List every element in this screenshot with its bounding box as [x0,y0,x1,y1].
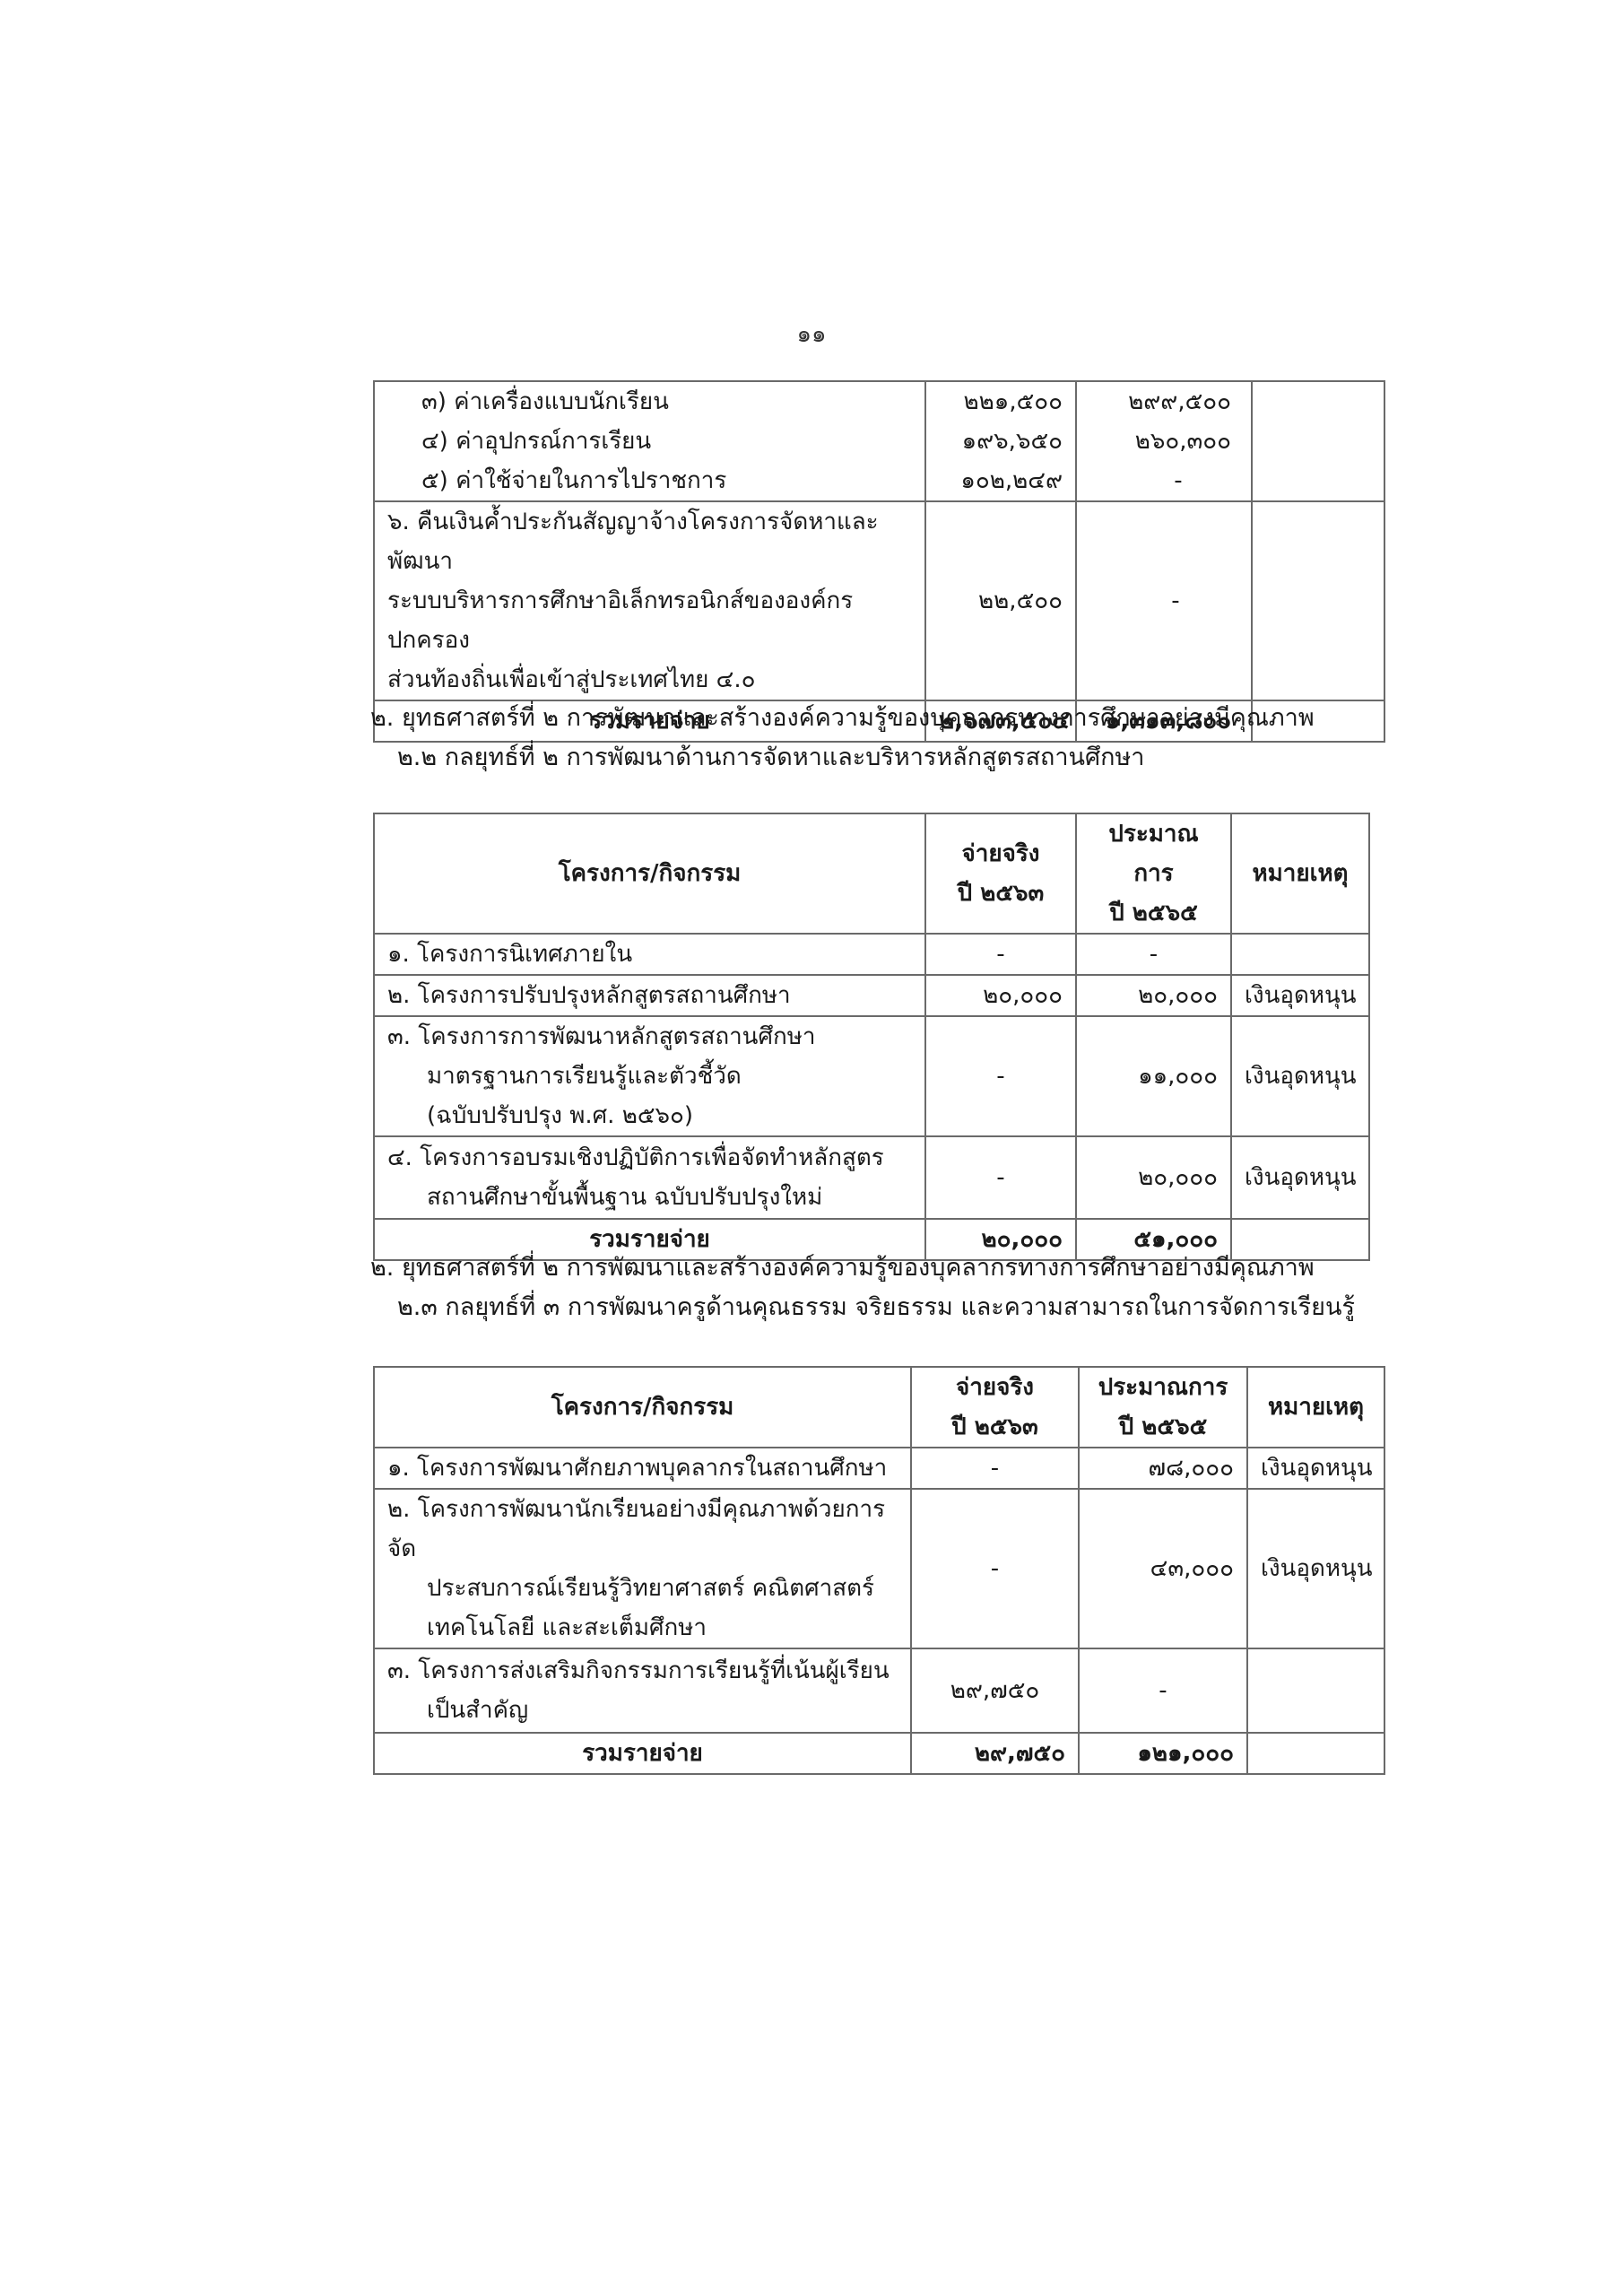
header-budget: ประมาณการ ปี ๒๕๖๕ [1079,1367,1247,1448]
item-label: ๑. โครงการพัฒนาศักยภาพบุคลากรในสถานศึกษา [387,1448,898,1488]
item-label-continued: มาตรฐานการเรียนรู้และตัวชี้วัด [387,1057,912,1096]
header-budget-line1: ประมาณการ [1089,814,1218,893]
total-label: รวมรายจ่าย [374,1733,911,1774]
item-label: ๓) ค่าเครื่องแบบนักเรียน [421,382,912,422]
budget-value: ๒๖๐,๓๐๐ [1089,422,1231,461]
header-actual-line2: ปี ๒๕๖๓ [924,1407,1065,1447]
note-cell [1252,501,1384,700]
actual-cell: - [925,1016,1076,1136]
header-budget-line2: ปี ๒๕๖๕ [1092,1407,1234,1447]
item-label: ๔) ค่าอุปกรณ์การเรียน [421,422,912,461]
actual-cell: ๒๒,๕๐๐ [925,501,1076,700]
actual-value: ๒๒๑,๕๐๐ [939,382,1063,422]
item-label-cell: ๖. คืนเงินค้ำประกันสัญญาจ้างโครงการจัดหา… [374,501,925,700]
table-row: ๒. โครงการปรับปรุงหลักสูตรสถานศึกษา ๒๐,๐… [374,975,1369,1016]
expense-table-continued: ๓) ค่าเครื่องแบบนักเรียน ๔) ค่าอุปกรณ์กา… [373,380,1385,743]
note-cell [1231,934,1369,975]
header-budget-line1: ประมาณการ [1092,1368,1234,1407]
item-label-cell: ๒. โครงการปรับปรุงหลักสูตรสถานศึกษา [374,975,925,1016]
item-label: ๖. คืนเงินค้ำประกันสัญญาจ้างโครงการจัดหา… [387,502,912,581]
item-label: ๓. โครงการการพัฒนาหลักสูตรสถานศึกษา [387,1017,912,1057]
table-row: ๓) ค่าเครื่องแบบนักเรียน ๔) ค่าอุปกรณ์กา… [374,381,1384,501]
header-project: โครงการ/กิจกรรม [374,1367,911,1448]
actual-cell: ๒๒๑,๕๐๐ ๑๙๖,๖๕๐ ๑๐๒,๒๔๙ [925,381,1076,501]
item-label: ๕) ค่าใช้จ่ายในการไปราชการ [421,461,912,500]
budget-value: - [1089,461,1231,500]
header-note: หมายเหตุ [1247,1367,1384,1448]
header-budget-line2: ปี ๒๕๖๕ [1089,893,1218,933]
note-cell: เงินอุดหนุน [1231,975,1369,1016]
item-label-continued: (ฉบับปรับปรุง พ.ศ. ๒๕๖๐) [387,1096,912,1135]
item-label: ๑. โครงการนิเทศภายใน [387,935,912,974]
header-actual-line1: จ่ายจริง [939,834,1063,874]
page-number: ๑๑ [0,316,1623,352]
table-row: ๓. โครงการการพัฒนาหลักสูตรสถานศึกษา มาตร… [374,1016,1369,1136]
actual-cell: - [911,1489,1079,1648]
actual-cell: - [925,1136,1076,1219]
table-header-row: โครงการ/กิจกรรม จ่ายจริง ปี ๒๕๖๓ ประมาณก… [374,813,1369,934]
item-label: ๒. โครงการพัฒนานักเรียนอย่างมีคุณภาพด้วย… [387,1490,898,1569]
total-note [1247,1733,1384,1774]
table-row: ๒. โครงการพัฒนานักเรียนอย่างมีคุณภาพด้วย… [374,1489,1384,1648]
budget-value: ๒๙๙,๕๐๐ [1089,382,1231,422]
note-cell: เงินอุดหนุน [1247,1448,1384,1489]
item-label-continued: เทคโนโลยี และสะเต็มศึกษา [387,1608,898,1648]
item-label-cell: ๑. โครงการพัฒนาศักยภาพบุคลากรในสถานศึกษา [374,1448,911,1489]
strategy-heading: ๒. ยุทธศาสตร์ที่ ๒ การพัฒนาและสร้างองค์ค… [370,706,1315,730]
item-label: ๔. โครงการอบรมเชิงปฏิบัติการเพื่อจัดทำหล… [387,1138,912,1178]
item-label-cell: ๓. โครงการการพัฒนาหลักสูตรสถานศึกษา มาตร… [374,1016,925,1136]
tactic-heading: ๒.๓ กลยุทธ์ที่ ๓ การพัฒนาครูด้านคุณธรรม … [397,1295,1355,1319]
header-actual-line2: ปี ๒๕๖๓ [939,874,1063,913]
budget-cell: ๒๙๙,๕๐๐ ๒๖๐,๓๐๐ - [1076,381,1252,501]
note-cell: เงินอุดหนุน [1231,1016,1369,1136]
actual-cell: - [911,1448,1079,1489]
tactic-heading: ๒.๒ กลยุทธ์ที่ ๒ การพัฒนาด้านการจัดหาและ… [397,745,1144,770]
header-actual-line1: จ่ายจริง [924,1368,1065,1407]
actual-cell: ๒๙,๗๕๐ [911,1648,1079,1733]
item-label-continued: เป็นสำคัญ [387,1691,898,1730]
table-row: ๔. โครงการอบรมเชิงปฏิบัติการเพื่อจัดทำหล… [374,1136,1369,1219]
budget-cell: ๔๓,๐๐๐ [1079,1489,1247,1648]
note-cell [1252,381,1384,501]
item-label-cell: ๓. โครงการส่งเสริมกิจกรรมการเรียนรู้ที่เ… [374,1648,911,1733]
table-row: ๓. โครงการส่งเสริมกิจกรรมการเรียนรู้ที่เ… [374,1648,1384,1733]
note-cell: เงินอุดหนุน [1231,1136,1369,1219]
header-note: หมายเหตุ [1231,813,1369,934]
table-row: ๑. โครงการพัฒนาศักยภาพบุคลากรในสถานศึกษา… [374,1448,1384,1489]
budget-cell: ๒๐,๐๐๐ [1076,975,1231,1016]
budget-cell: - [1079,1648,1247,1733]
curriculum-table: โครงการ/กิจกรรม จ่ายจริง ปี ๒๕๖๓ ประมาณก… [373,813,1370,1261]
teacher-development-table: โครงการ/กิจกรรม จ่ายจริง ปี ๒๕๖๓ ประมาณก… [373,1366,1385,1775]
table-row: ๑. โครงการนิเทศภายใน - - [374,934,1369,975]
actual-value: ๑๙๖,๖๕๐ [939,422,1063,461]
table-row: ๖. คืนเงินค้ำประกันสัญญาจ้างโครงการจัดหา… [374,501,1384,700]
item-label-continued: ประสบการณ์เรียนรู้วิทยาศาสตร์ คณิตศาสตร์ [387,1569,898,1608]
header-project: โครงการ/กิจกรรม [374,813,925,934]
header-budget: ประมาณการ ปี ๒๕๖๕ [1076,813,1231,934]
strategy-heading: ๒. ยุทธศาสตร์ที่ ๒ การพัฒนาและสร้างองค์ค… [370,1256,1315,1280]
header-actual: จ่ายจริง ปี ๒๕๖๓ [911,1367,1079,1448]
actual-value: ๑๐๒,๒๔๙ [939,461,1063,500]
budget-cell: ๗๘,๐๐๐ [1079,1448,1247,1489]
total-row: รวมรายจ่าย ๒๙,๗๕๐ ๑๒๑,๐๐๐ [374,1733,1384,1774]
item-label-cell: ๑. โครงการนิเทศภายใน [374,934,925,975]
item-label: ๓. โครงการส่งเสริมกิจกรรมการเรียนรู้ที่เ… [387,1651,898,1691]
budget-cell: - [1076,501,1252,700]
item-label: ส่วนท้องถิ่นเพื่อเข้าสู่ประเทศไทย ๔.๐ [387,660,912,700]
actual-cell: - [925,934,1076,975]
total-budget: ๑๒๑,๐๐๐ [1079,1733,1247,1774]
note-cell [1247,1648,1384,1733]
budget-cell: - [1076,934,1231,975]
item-label: ๒. โครงการปรับปรุงหลักสูตรสถานศึกษา [387,976,912,1015]
budget-cell: ๑๑,๐๐๐ [1076,1016,1231,1136]
budget-cell: ๒๐,๐๐๐ [1076,1136,1231,1219]
item-label: ระบบบริหารการศึกษาอิเล็กทรอนิกส์ขององค์ก… [387,581,912,660]
total-actual: ๒๙,๗๕๐ [911,1733,1079,1774]
item-labels-cell: ๓) ค่าเครื่องแบบนักเรียน ๔) ค่าอุปกรณ์กา… [374,381,925,501]
note-cell: เงินอุดหนุน [1247,1489,1384,1648]
item-label-cell: ๒. โครงการพัฒนานักเรียนอย่างมีคุณภาพด้วย… [374,1489,911,1648]
actual-cell: ๒๐,๐๐๐ [925,975,1076,1016]
item-label-continued: สถานศึกษาขั้นพื้นฐาน ฉบับปรับปรุงใหม่ [387,1178,912,1217]
table-header-row: โครงการ/กิจกรรม จ่ายจริง ปี ๒๕๖๓ ประมาณก… [374,1367,1384,1448]
header-actual: จ่ายจริง ปี ๒๕๖๓ [925,813,1076,934]
item-label-cell: ๔. โครงการอบรมเชิงปฏิบัติการเพื่อจัดทำหล… [374,1136,925,1219]
